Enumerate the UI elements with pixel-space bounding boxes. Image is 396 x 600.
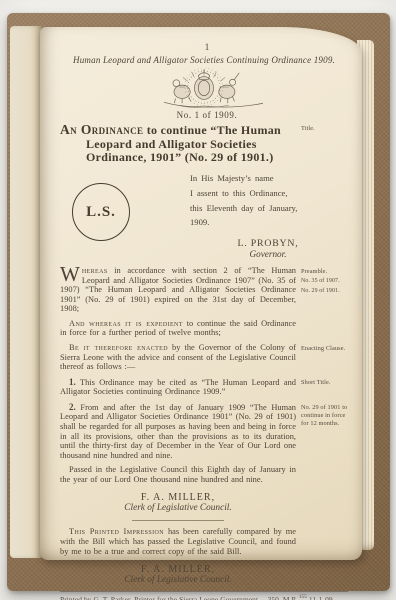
- clerk-title: Clerk of Legislative Council.: [60, 575, 296, 585]
- expedient-paragraph: And whereas it is expedient to continue …: [60, 319, 296, 338]
- preamble-dropcap: W: [60, 266, 82, 282]
- section-2-body: From and after the 1st day of January 19…: [60, 403, 296, 460]
- section-2-number: 2.: [69, 402, 76, 412]
- margin-note-spacer-1: [301, 319, 348, 343]
- ordinance-number: No. 1 of 1909.: [66, 110, 348, 120]
- section-1-number: 1.: [69, 377, 76, 387]
- margin-note-enacting: Enacting Clause.: [301, 343, 348, 377]
- certification-lead: This Printed Impression: [69, 527, 164, 536]
- passed-paragraph: Passed in the Legislative Council this E…: [60, 465, 296, 484]
- margin-note-spacer-4: [301, 516, 348, 527]
- assent-line: I assent to this Ordinance,: [190, 186, 346, 201]
- margin-note-continuance: No. 29 of 1901 to continue in force for …: [301, 402, 348, 465]
- fraction-numerator: 155: [298, 595, 308, 600]
- royal-arms-icon: [145, 68, 263, 108]
- margin-note-preamble: Preamble.: [301, 268, 348, 276]
- margin-note-spacer-6: [301, 561, 348, 588]
- document-page: 1 Human Leopard and Alligator Societies …: [40, 27, 362, 560]
- enacting-paragraph: Be it therefore enacted by the Governor …: [60, 343, 296, 372]
- imprint-fraction: 155909: [298, 595, 308, 600]
- margin-note-spacer-5: [301, 527, 348, 561]
- divider-rule: [132, 520, 224, 521]
- margin-note-spacer-2: [301, 465, 348, 489]
- imprint-date: 11-1-09.: [309, 595, 335, 600]
- clerk-signature-1: F. A. MILLER, Clerk of Legislative Counc…: [60, 492, 296, 513]
- clerk-title: Clerk of Legislative Council.: [60, 503, 296, 513]
- clerk-name: F. A. MILLER,: [60, 492, 296, 503]
- certification-paragraph: This Printed Impression has been careful…: [60, 527, 296, 556]
- assent-line: this Eleventh day of January,: [190, 201, 346, 216]
- seal-label: L.S.: [86, 204, 116, 221]
- seal-circle: L.S.: [72, 183, 130, 241]
- assent-row: L.S. In His Majesty’s name I assent to t…: [60, 171, 348, 258]
- photo-backdrop: 1 Human Leopard and Alligator Societies …: [0, 0, 396, 600]
- running-head: Human Leopard and Alligator Societies Co…: [60, 55, 348, 65]
- margin-note-ref-1901: No. 29 of 1901.: [301, 288, 348, 296]
- section-1: 1. This Ordinance may be cited as “The H…: [60, 377, 296, 397]
- assent-line: In His Majesty’s name: [190, 171, 346, 186]
- imprint-text: Printed by G. T. Parker, Printer for the…: [60, 595, 297, 600]
- assent-text: In His Majesty’s name I assent to this O…: [190, 171, 346, 229]
- governor-name: L. PROBYN,: [190, 238, 346, 249]
- assent-line: 1909.: [190, 215, 346, 230]
- clerk-name: F. A. MILLER,: [60, 564, 296, 575]
- ordinance-title: An Ordinance to continue “The Human Leop…: [60, 123, 296, 163]
- margin-note-ref-1907: No. 35 of 1907.: [301, 278, 348, 286]
- governor-signature: L. PROBYN, Governor.: [190, 238, 346, 259]
- preamble-lead: hereas: [82, 266, 108, 275]
- margin-note-title: Title.: [301, 123, 348, 168]
- margin-notes-preamble: Preamble. No. 35 of 1907. No. 29 of 1901…: [301, 266, 348, 319]
- preamble-paragraph: Whereas in accordance with section 2 of …: [60, 266, 296, 314]
- facing-page-edge: [10, 26, 42, 558]
- section-1-body: This Ordinance may be cited as “The Huma…: [60, 378, 296, 397]
- page-number: 1: [66, 42, 348, 52]
- imprint-line: Printed by G. T. Parker, Printer for the…: [60, 591, 348, 600]
- section-2: 2. From and after the 1st day of January…: [60, 402, 296, 460]
- ordinance-title-lead: An Ordinance: [60, 122, 143, 137]
- governor-title: Governor.: [190, 249, 346, 259]
- margin-note-short-title: Short Title.: [301, 377, 348, 402]
- clerk-signature-2: F. A. MILLER, Clerk of Legislative Counc…: [60, 564, 296, 585]
- enacting-lead: Be it therefore enacted: [69, 343, 168, 352]
- expedient-lead: And whereas it is expedient: [69, 319, 183, 328]
- margin-note-spacer-3: [301, 489, 348, 516]
